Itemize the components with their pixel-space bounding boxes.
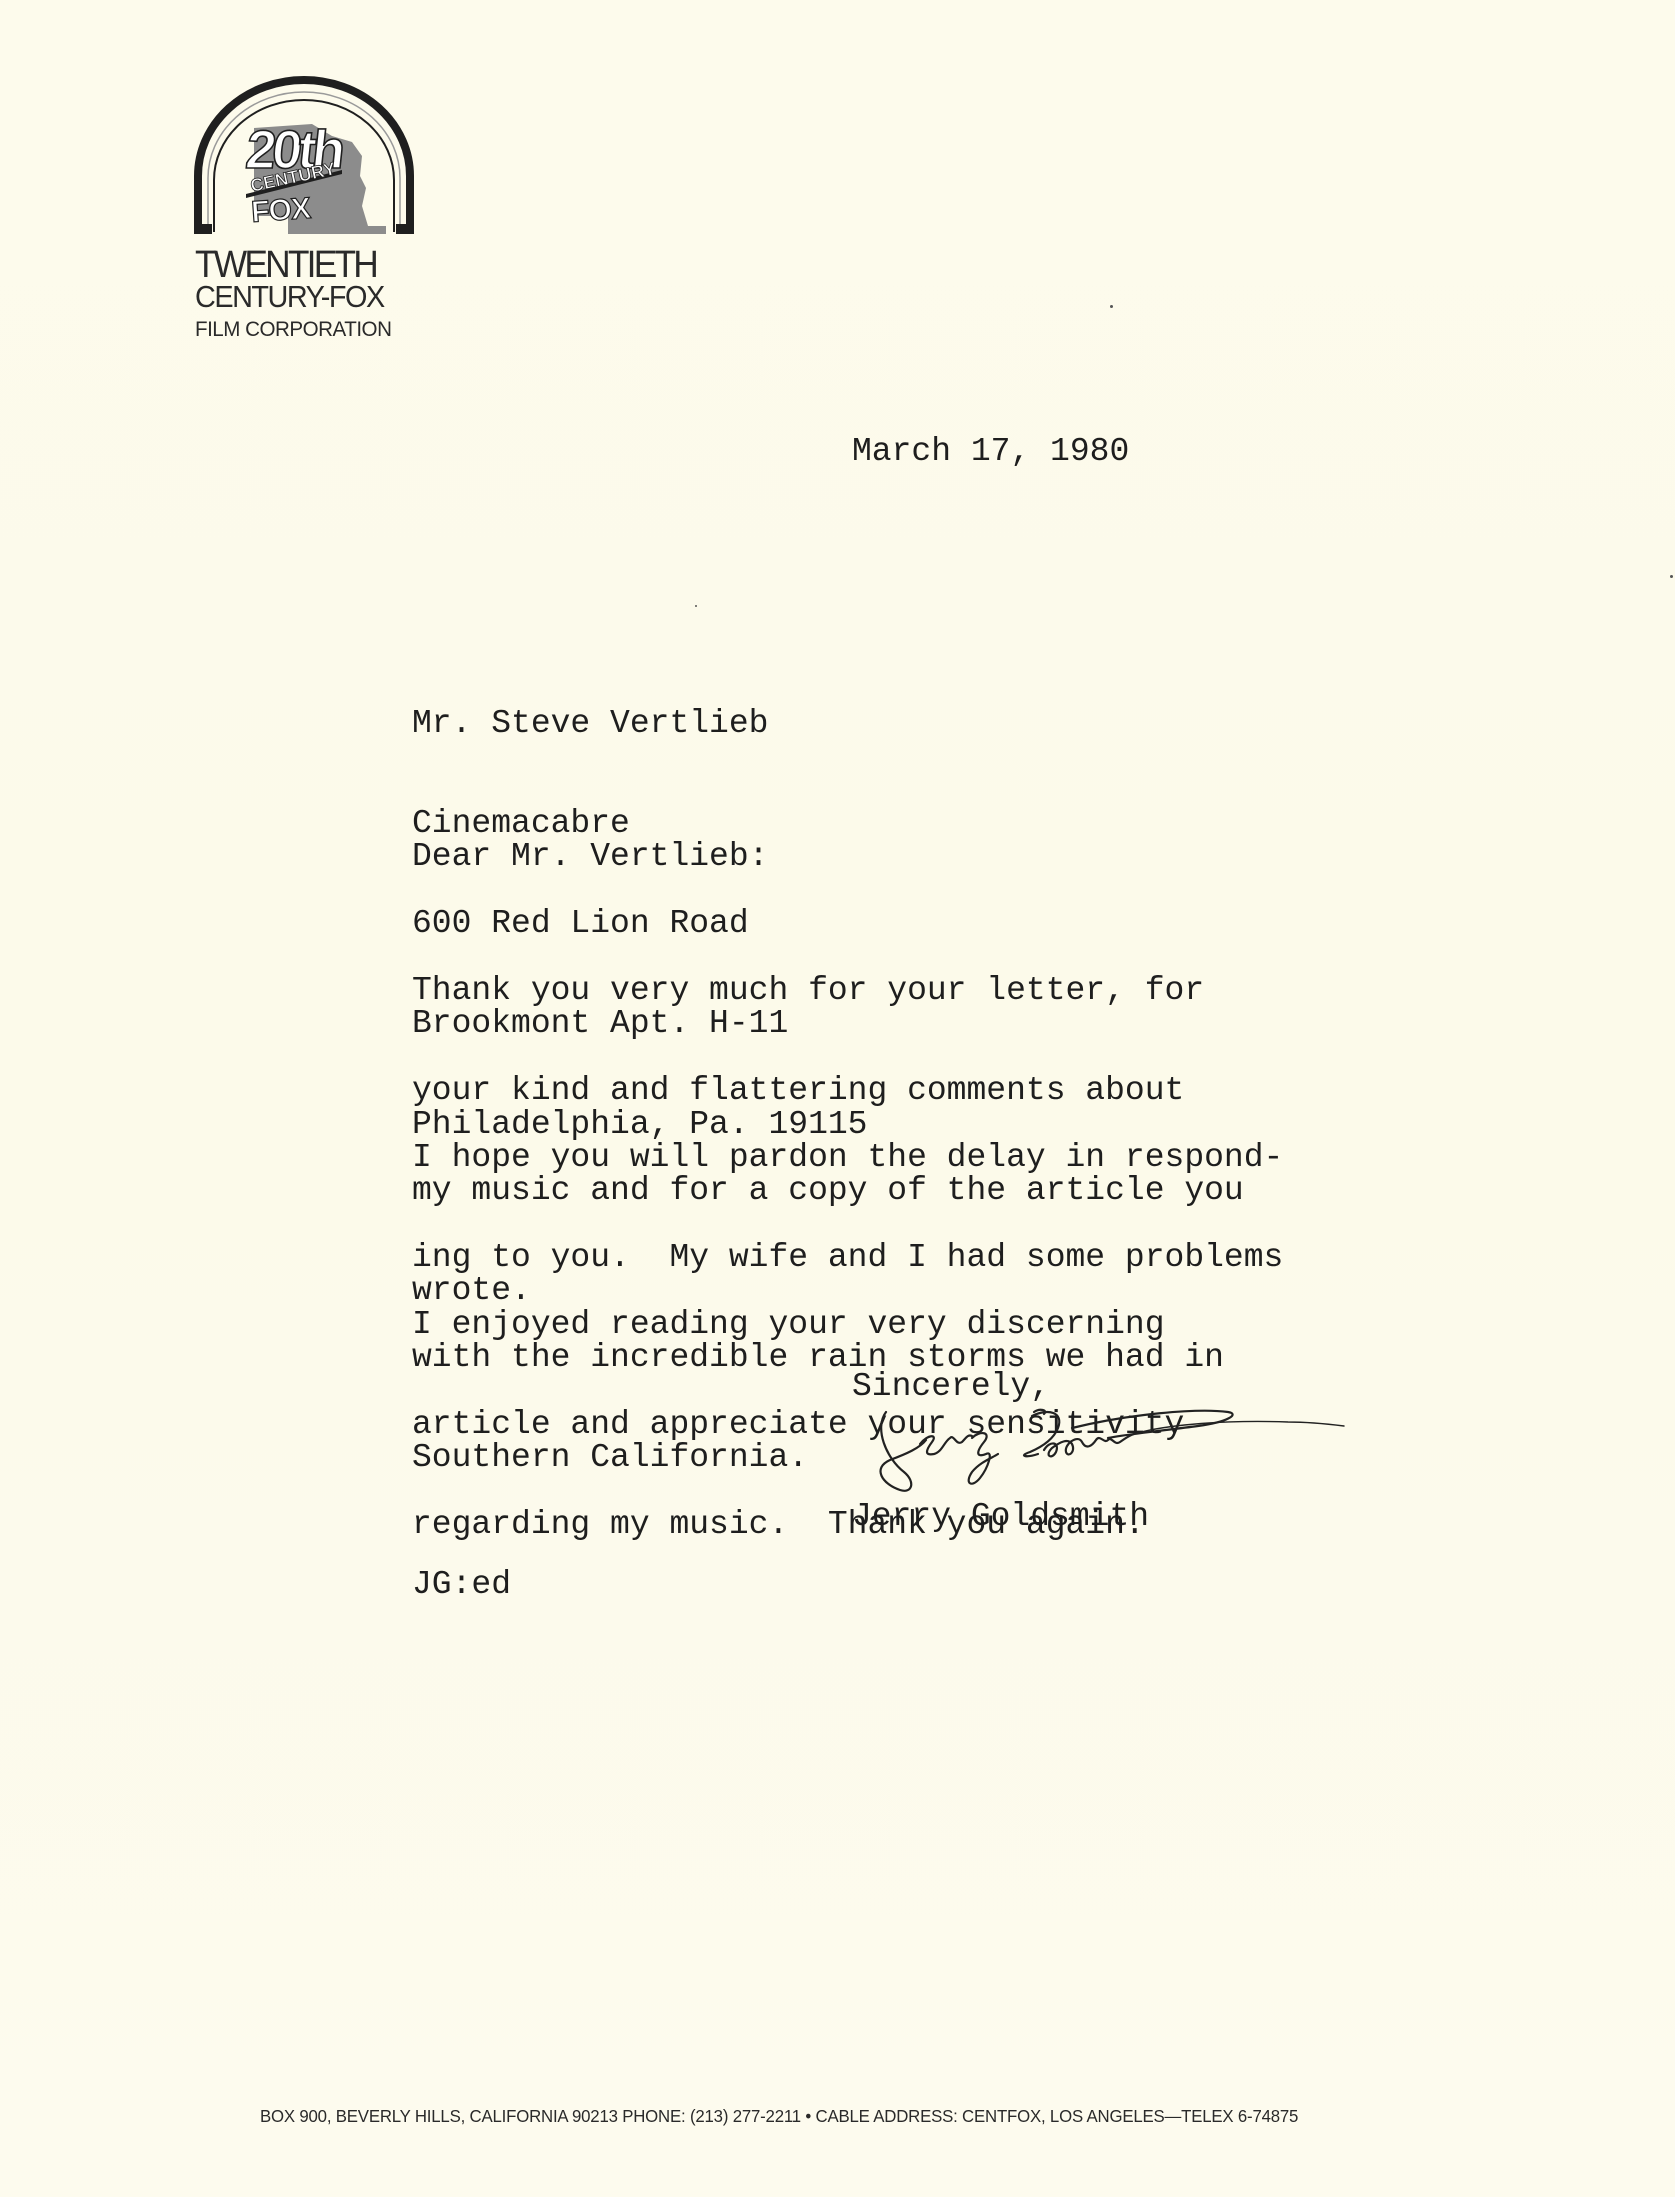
letterhead-footer: BOX 900, BEVERLY HILLS, CALIFORNIA 90213… bbox=[260, 2106, 1298, 2127]
20th-century-fox-logo-icon: 20th CENTURY FOX bbox=[192, 76, 416, 236]
paragraph-line: Thank you very much for your letter, for bbox=[412, 974, 1244, 1007]
svg-text:FOX: FOX bbox=[250, 192, 312, 229]
signer-name: Jerry Goldsmith bbox=[852, 1500, 1149, 1533]
paragraph-line: I enjoyed reading your very discerning bbox=[412, 1308, 1184, 1341]
company-name-line-3: FILM CORPORATION bbox=[195, 318, 391, 342]
paper-speck bbox=[695, 605, 697, 607]
handwritten-signature-icon bbox=[868, 1398, 1348, 1498]
company-name-line-2: CENTURY-FOX bbox=[195, 279, 384, 315]
address-line: Mr. Steve Vertlieb bbox=[412, 707, 867, 740]
paper-speck bbox=[1670, 575, 1673, 578]
salutation: Dear Mr. Vertlieb: bbox=[412, 840, 768, 873]
paper-speck bbox=[1110, 305, 1113, 308]
letter-page: 20th CENTURY FOX TWENTIETH CENTURY-FOX F… bbox=[0, 0, 1675, 2197]
reference-initials: JG:ed bbox=[412, 1568, 511, 1601]
paragraph-line: I hope you will pardon the delay in resp… bbox=[412, 1141, 1283, 1174]
letter-date: March 17, 1980 bbox=[852, 435, 1129, 468]
address-line: Cinemacabre bbox=[412, 807, 867, 840]
